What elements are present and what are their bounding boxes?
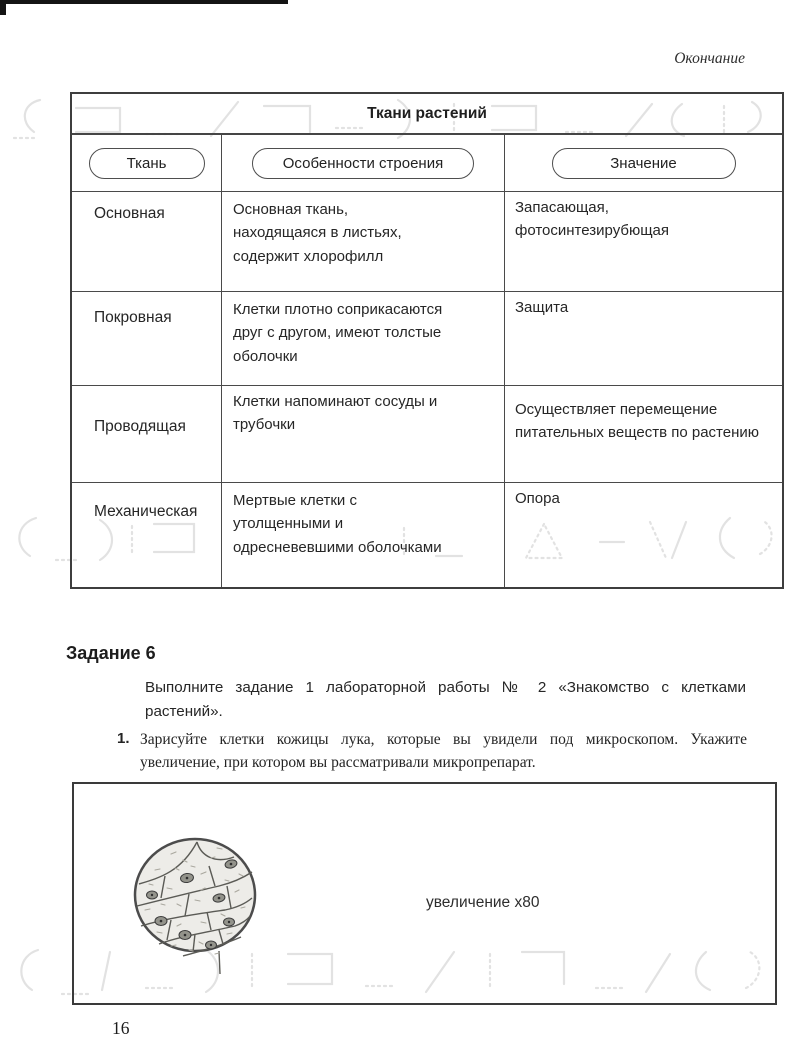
continuation-label: Окончание [674,50,745,68]
tissue-meaning: Защита [505,292,782,385]
header-cell-meaning: Значение [505,135,782,191]
magnification-caption: увеличение x80 [426,894,539,912]
tissue-name: Основная [72,192,222,291]
tissue-meaning: Опора [505,483,782,587]
task-intro: Выполните задание 1 лабораторной работы … [145,676,746,723]
page-number: 16 [112,1018,130,1039]
scan-artifact-corner [0,0,6,15]
table-row: Механическая Мертвые клетки с утолщенным… [72,483,782,587]
task-item-number: 1. [117,728,130,751]
task-item-text: Зарисуйте клетки кожицы лука, которые вы… [140,731,747,771]
tissue-structure: Клетки напоминают сосуды и трубочки [222,386,505,482]
onion-skin-cells-micrograph-icon [131,834,263,984]
column-pill-meaning: Значение [552,148,736,179]
tissue-meaning: Запасающая, фотосинтезирубющая [505,192,782,291]
task-heading: Задание 6 [66,643,156,664]
table-title: Ткани растений [72,94,782,135]
tissue-structure: Клетки плотно соприкасаются друг с друго… [222,292,505,385]
task-item-1: 1. Зарисуйте клетки кожицы лука, которые… [117,728,747,775]
tissue-name: Покровная [72,292,222,385]
drawing-area-box: увеличение x80 [72,782,777,1005]
table-row: Основная Основная ткань, находящаяся в л… [72,192,782,292]
tissue-name: Механическая [72,483,222,587]
tissue-structure: Мертвые клетки с утолщенными и одресневе… [222,483,505,587]
scan-artifact-top-bar [0,0,288,4]
plant-tissues-table: Ткани растений Ткань Особенности строени… [70,92,784,589]
tissue-structure: Основная ткань, находящаяся в листьях, с… [222,192,505,291]
column-pill-tissue: Ткань [89,148,205,179]
table-header-row: Ткань Особенности строения Значение [72,135,782,192]
header-cell-tissue: Ткань [72,135,222,191]
header-cell-structure: Особенности строения [222,135,505,191]
tissue-meaning: Осуществляет перемещение питательных вещ… [505,386,782,482]
tissue-name: Проводящая [72,386,222,482]
column-pill-structure: Особенности строения [252,148,474,179]
table-row: Покровная Клетки плотно соприкасаются др… [72,292,782,386]
table-row: Проводящая Клетки напоминают сосуды и тр… [72,386,782,483]
